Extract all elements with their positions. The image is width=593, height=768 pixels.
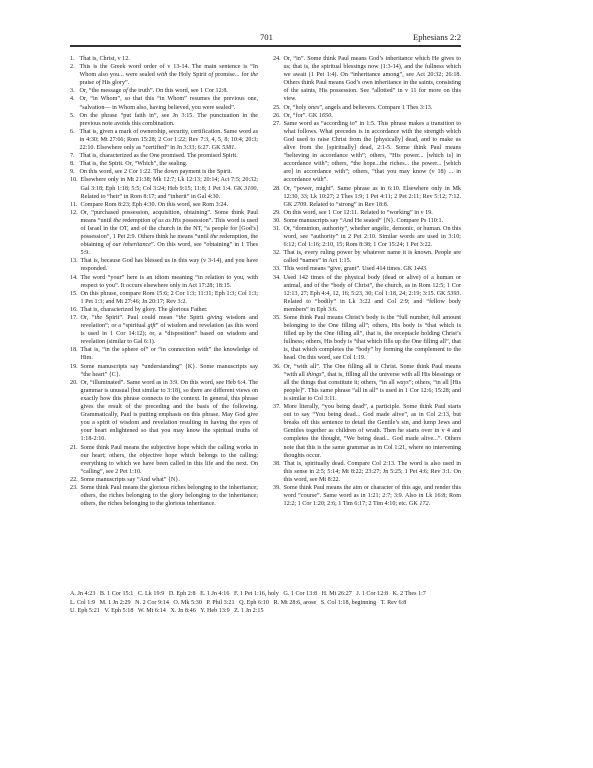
footnote: 3.Or, “the message of the truth”. On thi… [70, 87, 258, 95]
footnote: 19.Some manuscripts say “understanding” … [70, 363, 258, 379]
footnote: 1.That is, Christ, v 12. [70, 55, 258, 63]
footnote: 5.On the phrase “put faith in”, see Jn 3… [70, 112, 258, 128]
cross-reference: G. 1 Cor 13:8 [283, 591, 317, 597]
footnote-number: 21. [70, 444, 81, 476]
cross-references: A. Jn 4:23B. 1 Cor 15:1C. Lk 19:9D. Eph … [70, 590, 470, 616]
footnote: 28.Or, “power, might”. Same phrase as in… [273, 185, 461, 209]
footnote-number: 18. [70, 346, 81, 362]
cross-reference: U. Eph 5:21 [70, 608, 100, 614]
cross-reference-line: L. Col 1:9M. 1 Jn 2:29N. 2 Cor 9:14O. Mk… [70, 599, 470, 608]
footnote: 37.More literally, “you being dead”, a p… [273, 403, 461, 460]
footnote-text: This is the Greek word order of v 13-14.… [80, 63, 259, 87]
cross-reference: F. 1 Pet 1:16, holy [234, 591, 279, 597]
footnote: 32.That is, every ruling power by whatev… [273, 249, 461, 265]
footnote: 13.That is, because God has blessed us i… [70, 257, 258, 273]
cross-reference: Q. Eph 6:10 [239, 600, 269, 606]
cross-reference: E. 1 Jn 4:16 [200, 591, 229, 597]
footnote-number: 34. [273, 274, 284, 314]
footnote-text: Elsewhere only in Mt 21:38; Mk 12:7; Lk … [81, 176, 259, 200]
footnotes-left-column: 1.That is, Christ, v 12.2.This is the Gr… [70, 55, 258, 508]
cross-reference: H. Mt 26:27 [322, 591, 352, 597]
footnote-text: This word means “give, grant”. Used 414 … [284, 265, 462, 273]
footnote-number: 6. [70, 128, 80, 152]
footnote: 21.Some think Paul means the subjective … [70, 444, 258, 476]
footnote-text: Some think Paul means the glorious riche… [81, 484, 259, 508]
footnote-number: 33. [273, 265, 284, 273]
footnote: 35.Some think Paul means Christ’s body i… [273, 314, 461, 363]
footnote-number: 9. [70, 168, 80, 176]
footnote-text: On this phrase, compare Rom 15:6; 2 Cor … [81, 290, 259, 306]
footnote-text: That is, characterized by glory. The glo… [81, 306, 259, 314]
page-number: 701 [260, 31, 273, 43]
footnote-text: Some think Paul means the subjective hop… [81, 444, 259, 476]
footnote-text: Some manuscripts say “And what” {N}. [81, 476, 259, 484]
cross-reference-line: U. Eph 5:21V. Eph 5:18W. Mt 6:14X. Jn 8:… [70, 607, 470, 616]
footnote: 20.Or, “illuminated”. Same word as in 3:… [70, 379, 258, 444]
footnote: 7.That is, characterized as the One prom… [70, 152, 258, 160]
cross-reference: P. Phil 3:21 [206, 600, 234, 606]
footnote: 10.Elsewhere only in Mt 21:38; Mk 12:7; … [70, 176, 258, 200]
footnote-text: Some manuscripts say “understanding” {K}… [81, 363, 259, 379]
running-head: Ephesians 2:2 [413, 31, 461, 43]
cross-reference: X. Jn 8:46 [170, 608, 195, 614]
footnote-text: That is, characterized as the One promis… [80, 152, 259, 160]
footnote-text: That is, every ruling power by whatever … [284, 249, 462, 265]
footnote: 11.Compare Rom 8:23; Eph 4:30. On this w… [70, 201, 258, 209]
footnote-text: That is, because God has blessed us in t… [81, 257, 259, 273]
cross-reference: D. Eph 2:8 [169, 591, 196, 597]
footnote: 29.On this word, see 1 Cor 12:11. Relate… [273, 209, 461, 217]
page-header: 701 Ephesians 2:2 [70, 31, 461, 47]
footnote-number: 10. [70, 176, 81, 200]
cross-reference: J. 1 Cor 12:8 [356, 591, 388, 597]
footnote-number: 25. [273, 104, 284, 112]
footnote: 34.Used 142 times of the physical body (… [273, 274, 461, 314]
footnote: 27.Same word as “according to” in 1:5. T… [273, 120, 461, 185]
cross-reference: O. Mk 5:30 [173, 600, 202, 606]
footnote-number: 20. [70, 379, 81, 444]
footnote: 33.This word means “give, grant”. Used 4… [273, 265, 461, 273]
footnote: 31.Or, “dominion, authority”, whether an… [273, 225, 461, 249]
footnote-number: 4. [70, 95, 80, 111]
footnote: 24.Or, “in”. Some think Paul means God’s… [273, 55, 461, 104]
footnote-text: Same word as “according to” in 1:5. This… [284, 120, 462, 185]
footnote-number: 3. [70, 87, 80, 95]
cross-reference: B. 1 Cor 15:1 [100, 591, 133, 597]
footnote-number: 30. [273, 217, 284, 225]
footnote: 6.That is, given a mark of ownership, se… [70, 128, 258, 152]
footnote-number: 29. [273, 209, 284, 217]
footnote: 2.This is the Greek word order of v 13-1… [70, 63, 258, 87]
footnote-text: That is, “in the sphere of” or “in conne… [81, 346, 259, 362]
footnote-number: 28. [273, 185, 284, 209]
footnote-text: On this word, see 2 Cor 1:22. The down p… [80, 168, 259, 176]
footnote: 14.The word “your” here is an idiom mean… [70, 274, 258, 290]
footnote-number: 23. [70, 484, 81, 508]
footnote-text: Or, “in Whom”, so that this “in Whom” re… [80, 95, 259, 111]
footnote-number: 11. [70, 201, 81, 209]
footnote-number: 32. [273, 249, 284, 265]
footnote-text: On the phrase “put faith in”, see Jn 3:1… [80, 112, 259, 128]
footnote: 4.Or, “in Whom”, so that this “in Whom” … [70, 95, 258, 111]
footnote: 15.On this phrase, compare Rom 15:6; 2 C… [70, 290, 258, 306]
footnote-text: More literally, “you being dead”, a part… [284, 403, 462, 460]
footnote-text: That is, given a mark of ownership, secu… [80, 128, 259, 152]
footnote-text: Or, “power, might”. Same phrase as in 6:… [284, 185, 462, 209]
footnote: 18.That is, “in the sphere of” or “in co… [70, 346, 258, 362]
footnotes-area: 1.That is, Christ, v 12.2.This is the Gr… [70, 55, 461, 508]
footnote-number: 16. [70, 306, 81, 314]
footnote-number: 8. [70, 160, 80, 168]
footnote-number: 14. [70, 274, 81, 290]
cross-reference: M. 1 Jn 2:29 [100, 600, 131, 606]
footnote-text: Some think Paul means the aim or charact… [284, 484, 462, 508]
cross-reference: Y. Heb 13:9 [200, 608, 229, 614]
cross-reference: R. Mt 28:6, arose [273, 600, 316, 606]
cross-reference: T. Rev 6:8 [381, 600, 407, 606]
footnote-text: That is, Christ, v 12. [80, 55, 259, 63]
cross-reference: K. 2 Thes 1:7 [393, 591, 426, 597]
footnote-number: 19. [70, 363, 81, 379]
footnote-text: Used 142 times of the physical body (dea… [284, 274, 462, 314]
footnote: 17.Or, “the Spirit”. Paul could mean “th… [70, 314, 258, 346]
footnote-text: Or, “illuminated”. Same word as in 3:9. … [81, 379, 259, 444]
footnote-number: 27. [273, 120, 284, 185]
footnote: 12.Or, “purchased possession, acquisitio… [70, 209, 258, 258]
footnote-number: 1. [70, 55, 80, 63]
footnote: 26.Or, “for”. GK 1650. [273, 112, 461, 120]
footnote-text: Compare Rom 8:23; Eph 4:30. On this word… [81, 201, 259, 209]
footnote: 23.Some think Paul means the glorious ri… [70, 484, 258, 508]
cross-reference: L. Col 1:9 [70, 600, 95, 606]
footnote-number: 12. [70, 209, 81, 258]
footnote-text: Or, “for”. GK 1650. [284, 112, 462, 120]
footnote-text: That is, the Spirit. Or, “Which”, the se… [80, 160, 259, 168]
footnote: 30.Some manuscripts say “And He seated” … [273, 217, 461, 225]
footnote-text: Some think Paul means Christ’s body is t… [284, 314, 462, 363]
footnote-text: Or, “the Spirit”. Paul could mean “the S… [81, 314, 259, 346]
footnote-number: 26. [273, 112, 284, 120]
footnote: 39.Some think Paul means the aim or char… [273, 484, 461, 508]
cross-reference: V. Eph 5:18 [104, 608, 133, 614]
footnote-number: 5. [70, 112, 80, 128]
cross-reference: W. Mt 6:14 [138, 608, 166, 614]
cross-reference: S. Col 1:18, beginning [321, 600, 376, 606]
footnote-number: 2. [70, 63, 80, 87]
footnote-text: Or, “with all”. The One filling all is C… [284, 363, 462, 403]
footnote-text: Or, “the message of the truth”. On this … [80, 87, 259, 95]
footnote: 36.Or, “with all”. The One filling all i… [273, 363, 461, 403]
footnote-number: 22. [70, 476, 81, 484]
footnotes-right-column: 24.Or, “in”. Some think Paul means God’s… [273, 55, 461, 508]
footnote: 8.That is, the Spirit. Or, “Which”, the … [70, 160, 258, 168]
footnote: 9.On this word, see 2 Cor 1:22. The down… [70, 168, 258, 176]
cross-reference: C. Lk 19:9 [138, 591, 164, 597]
footnote: 38.That is, spiritually dead. Compare Co… [273, 460, 461, 484]
cross-reference: N. 2 Cor 9:14 [135, 600, 169, 606]
cross-reference-line: A. Jn 4:23B. 1 Cor 15:1C. Lk 19:9D. Eph … [70, 590, 470, 599]
footnote: 22.Some manuscripts say “And what” {N}. [70, 476, 258, 484]
footnote-text: On this word, see 1 Cor 12:11. Related t… [284, 209, 462, 217]
footnote-number: 24. [273, 55, 284, 104]
footnote-text: Or, “in”. Some think Paul means God’s in… [284, 55, 462, 104]
footnote-number: 37. [273, 403, 284, 460]
footnote-number: 36. [273, 363, 284, 403]
footnote: 16.That is, characterized by glory. The … [70, 306, 258, 314]
footnote-number: 7. [70, 152, 80, 160]
footnote-text: Or, “purchased possession, acquisition, … [81, 209, 259, 258]
footnote-text: That is, spiritually dead. Compare Col 2… [284, 460, 462, 484]
footnote: 25.Or, “holy ones”, angels and believers… [273, 104, 461, 112]
footnote-number: 15. [70, 290, 81, 306]
footnote-text: Or, “holy ones”, angels and believers. C… [284, 104, 462, 112]
footnote-number: 13. [70, 257, 81, 273]
cross-reference: Z. 1 Jn 2:15 [234, 608, 263, 614]
footnote-number: 31. [273, 225, 284, 249]
footnote-number: 38. [273, 460, 284, 484]
footnote-number: 17. [70, 314, 81, 346]
footnote-text: The word “your” here is an idiom meaning… [81, 274, 259, 290]
cross-reference: A. Jn 4:23 [70, 591, 95, 597]
footnote-text: Some manuscripts say “And He seated” {N}… [284, 217, 462, 225]
footnote-text: Or, “dominion, authority”, whether angel… [284, 225, 462, 249]
footnote-number: 39. [273, 484, 284, 508]
footnote-number: 35. [273, 314, 284, 363]
